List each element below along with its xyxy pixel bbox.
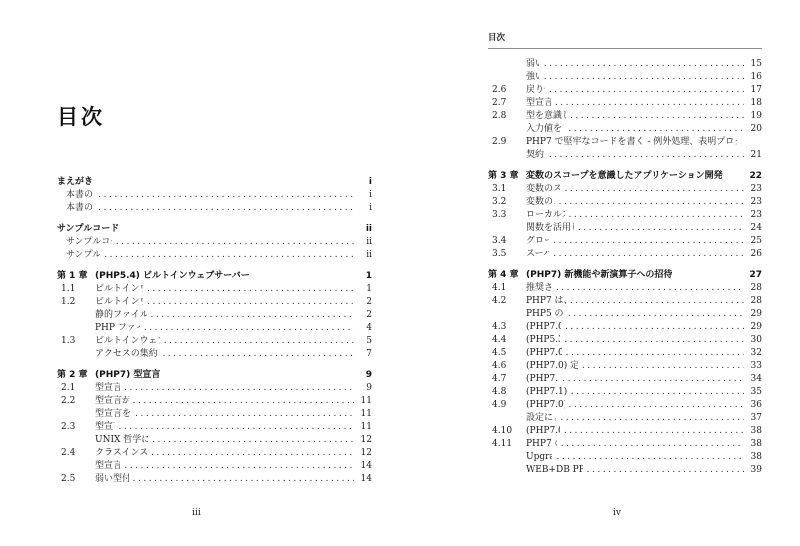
dot-leader: ........................................… <box>160 335 354 348</box>
toc-entry-label: 関数を活用して、長く生存する変数を減らそう <box>526 222 574 235</box>
dot-leader: ........................................… <box>94 202 354 215</box>
toc-entry: 静的ファイル (画像) にアクセスしてみる...................… <box>95 309 372 322</box>
toc-entry: 4.6(PHP7.0) 定数配列 & (PHP7.1) 定数のアクセス権....… <box>488 360 762 373</box>
toc-entry-label: 戻り値の型宣言 <box>526 84 545 97</box>
toc-entry-number: 4.1 <box>492 282 526 295</box>
toc-entry-page: ii <box>354 223 372 236</box>
toc-entry-label: 型宣言のサンプル <box>95 382 120 395</box>
toc-entry-label: グローバルスコープ <box>526 235 549 248</box>
toc-entry-number: 第 4 章 <box>488 269 526 282</box>
toc-entry: PHP ファイルにアクセスしてみる.......................… <box>95 322 372 335</box>
toc-entry-label: 型宣言が必要である理由 <box>95 395 129 408</box>
toc-entry-label: 静的ファイル (画像) にアクセスしてみる <box>95 309 147 322</box>
toc-entry-page: 14 <box>354 460 372 473</box>
toc-entry-page: 20 <box>744 123 762 136</box>
dot-leader: ........................................… <box>143 283 354 296</box>
toc-entry-number: 2.1 <box>61 382 95 395</box>
toc-entry-page: 34 <box>744 373 762 386</box>
toc-entry-number: 4.7 <box>492 373 526 386</box>
toc-entry-number: 第 1 章 <box>57 270 95 283</box>
toc-entry-number: 3.4 <box>492 235 526 248</box>
toc-entry-page: 2 <box>354 309 372 322</box>
toc-entry: PHP5 の次は、なぜ PHP7 なのか....................… <box>526 308 762 321</box>
toc-entry-page: 19 <box>744 110 762 123</box>
toc-entry-label: 本書のコンセプト <box>66 189 94 202</box>
toc-entry-number: 2.2 <box>61 395 95 408</box>
toc-entry-label: 弱い型付け <box>526 58 540 71</box>
toc-entry: 本書のターゲット................................… <box>66 202 372 215</box>
toc-entry-number: 2.6 <box>492 84 526 97</box>
toc-entry: 4.8(PHP7.1) 使いやすくなった list 代入............… <box>488 386 762 399</box>
toc-entry-page: 18 <box>744 97 762 110</box>
running-header: 目次 <box>488 31 762 49</box>
toc-entry-label: 変数のスコープを意識したアプリケーション開発 <box>526 170 723 183</box>
dot-leader: ........................................… <box>120 382 354 395</box>
toc-entry-label: 型を意識した PHP アプリケーション <box>526 110 566 123</box>
toc-entry: 第 3 章変数のスコープを意識したアプリケーション開発22 <box>488 170 762 183</box>
toc-entry-page: 17 <box>744 84 762 97</box>
toc-entry-label: スーパーグローバル <box>526 248 549 261</box>
toc-entry-label: Upgrading to PHP 7 <box>526 451 552 464</box>
toc-entry: 4.3(PHP7.0)Null 合体演算子 (??)..............… <box>488 321 762 334</box>
toc-entry-label: サンプルコード <box>57 223 119 236</box>
dot-leader: ........................................… <box>115 421 354 434</box>
toc-entry: 1.2ビルトインウェブサーバーの基本文法....................… <box>57 296 372 309</box>
toc-page-left: 目次 まえがきi本書のコンセプト........................… <box>57 0 372 546</box>
toc-entry-number: 4.10 <box>492 425 526 438</box>
dot-leader: ........................................… <box>540 58 744 71</box>
dot-leader: ........................................… <box>129 473 354 486</box>
toc-entry-page: 25 <box>744 235 762 248</box>
toc-entry-page: 38 <box>744 438 762 451</box>
toc-entry-page: 1 <box>354 283 372 296</box>
dot-leader: ........................................… <box>158 348 354 361</box>
toc-entry-label: まえがき <box>57 176 93 189</box>
dot-leader: ........................................… <box>129 395 354 408</box>
toc-entry-number: 2.4 <box>61 447 95 460</box>
toc-entry-number: 3.2 <box>492 196 526 209</box>
toc-entry-number: 4.4 <box>492 334 526 347</box>
toc-entry-number: 3.1 <box>492 183 526 196</box>
toc-entry-page: 2 <box>354 296 372 309</box>
toc-entry-page: 35 <box>744 386 762 399</box>
toc-entry-number: 1.3 <box>61 335 95 348</box>
toc-entry-label: (PHP7) 新機能や新演算子への招待 <box>526 269 672 282</box>
toc-entry-page: 1 <box>354 270 372 283</box>
toc-entry-label: (PHP7.0)Null 合体演算子 (??) <box>526 321 561 334</box>
dot-leader: ........................................… <box>545 149 744 162</box>
toc-entry-page: 32 <box>744 347 762 360</box>
toc-entry: 2.7型宣言の TypeError.......................… <box>488 97 762 110</box>
toc-entry-page: 24 <box>744 222 762 235</box>
toc-entry: 3.4グローバルスコープ............................… <box>488 235 762 248</box>
toc-entry: WEB+DB PRESS Vol.90 第 11 回 PHP 大規模開発入門..… <box>526 464 762 477</box>
toc-entry: 1.3ビルトインウェブサーバーで学ぶルーティングエンジン............… <box>57 335 372 348</box>
dot-leader: ........................................… <box>578 360 744 373</box>
toc-entry-page: 30 <box>744 334 762 347</box>
dot-leader: ........................................… <box>147 309 354 322</box>
toc-entry: 4.5(PHP7.0) 宇宙船演算子 (<=>)................… <box>488 347 762 360</box>
dot-leader: ........................................… <box>148 434 354 447</box>
toc-entry: Upgrading to PHP 7......................… <box>526 451 762 464</box>
dot-leader: ........................................… <box>555 196 744 209</box>
toc-entry-number: 4.9 <box>492 399 526 412</box>
dot-leader: ........................................… <box>557 438 744 451</box>
toc-entry-label: 推奨されなくなる機能 <box>526 282 552 295</box>
toc-entry: 第 1 章(PHP5.4) ビルトインウェブサーバー1 <box>57 270 372 283</box>
toc-entry-page: ii <box>354 236 372 249</box>
toc-entry: 2.4クラスインスタンスや NULL 値への適用................… <box>57 447 372 460</box>
toc-entry-label: 型宣言ヒストリー <box>95 460 120 473</box>
toc-entry-number: 2.5 <box>61 473 95 486</box>
toc-entry-label: (PHP5.4) ビルトインウェブサーバー <box>95 270 250 283</box>
dot-leader: ........................................… <box>549 248 744 261</box>
page-number-left: iii <box>39 508 354 518</box>
toc-entry: 4.10(PHP7.0)Error クラスの追加................… <box>488 425 762 438</box>
toc-entry-page: 38 <box>744 451 762 464</box>
toc-entry: 3.2変数のスコープは 3 種類........................… <box>488 196 762 209</box>
toc-entry: UNIX 哲学に学ぶプログラミングスタイル...................… <box>95 434 372 447</box>
toc-entry: 2.5弱い型付けと強い型付け..........................… <box>57 473 372 486</box>
toc-entry: 2.3型宣言の特徴...............................… <box>57 421 372 434</box>
toc-entry-number: 4.6 <box>492 360 526 373</box>
toc-entry-page: 23 <box>744 196 762 209</box>
dot-leader: ........................................… <box>564 308 744 321</box>
toc-entry-number: 4.11 <box>492 438 526 451</box>
toc-entries-left: まえがきi本書のコンセプト...........................… <box>57 176 372 486</box>
toc-entry: 4.9(PHP7.0)assert による簡易テスト..............… <box>488 399 762 412</box>
dot-leader: ........................................… <box>562 347 744 360</box>
toc-entry-label: サンプルコードの起動 <box>66 249 100 262</box>
toc-entry-page: ii <box>354 249 372 262</box>
page-number-right: iv <box>480 508 754 518</box>
toc-entry: 4.11PHP7 の情報を得るには？......................… <box>488 438 762 451</box>
toc-entry-label: クラスインスタンスや NULL 値への適用 <box>95 447 147 460</box>
toc-entry-page: 16 <box>744 71 762 84</box>
toc-entry-page: 22 <box>744 170 762 183</box>
toc-entry: 2.6戻り値の型宣言..............................… <box>488 84 762 97</box>
toc-entry-number: 2.8 <box>492 110 526 123</box>
toc-entry: 4.4(PHP5.3) エルビス演算子 (?:)................… <box>488 334 762 347</box>
dot-leader: ........................................… <box>560 183 744 196</box>
toc-entry-label: 型宣言の TypeError <box>526 97 551 110</box>
toc-entry-page: i <box>354 189 372 202</box>
toc-entry: サンプルコードのダウンロード..........................… <box>66 236 372 249</box>
toc-entry: 入力値をフィルターして型を合せる........................… <box>526 123 762 136</box>
toc-entry-page: 5 <box>354 335 372 348</box>
toc-entries-right: 弱い型付け...................................… <box>488 58 762 477</box>
toc-entry-label: (PHP7.0)Error クラスの追加 <box>526 425 560 438</box>
toc-entry-number: 3.5 <box>492 248 526 261</box>
toc-entry-page: 11 <box>354 408 372 421</box>
dot-leader: ........................................… <box>540 71 744 84</box>
dot-leader: ........................................… <box>100 249 354 262</box>
dot-leader: ........................................… <box>565 399 744 412</box>
dot-leader: ........................................… <box>551 97 744 110</box>
toc-entry-label: 型宣言を導入するメリット <box>95 408 131 421</box>
toc-entry-page: 11 <box>354 395 372 408</box>
toc-entry-number: 第 3 章 <box>488 170 526 183</box>
toc-entry-label: WEB+DB PRESS Vol.90 第 11 回 PHP 大規模開発入門 <box>526 464 583 477</box>
toc-entry: 3.5スーパーグローバル............................… <box>488 248 762 261</box>
toc-entry-page: 29 <box>744 321 762 334</box>
toc-entry-number: 1.1 <box>61 283 95 296</box>
toc-entry-label: ローカルスコープ (関数内スコープ) <box>526 209 565 222</box>
toc-entry-page: 26 <box>744 248 762 261</box>
toc-entry: 設定による動作の切り替え............................… <box>526 412 762 425</box>
toc-entry-label: (PHP7.0) 無名クラスの活用 <box>526 373 558 386</box>
toc-entry-label: PHP5 の次は、なぜ PHP7 なのか <box>526 308 564 321</box>
toc-entry: 強い型付け...................................… <box>526 71 762 84</box>
dot-leader: ........................................… <box>583 464 744 477</box>
toc-entry: 弱い型付け...................................… <box>526 58 762 71</box>
toc-entry-page: 28 <box>744 295 762 308</box>
toc-entry-number: 2.3 <box>61 421 95 434</box>
toc-entry-label: PHP7 の情報を得るには？ <box>526 438 557 451</box>
toc-entry-number: 4.8 <box>492 386 526 399</box>
dot-leader: ........................................… <box>131 408 354 421</box>
toc-entry-page: 38 <box>744 425 762 438</box>
toc-entry-page: 29 <box>744 308 762 321</box>
toc-entry-page: 37 <box>744 412 762 425</box>
toc-entry-label: 変数のスコープを限定したい！ <box>526 183 560 196</box>
toc-entry-page: i <box>354 176 372 189</box>
toc-entry-page: 9 <box>354 369 372 382</box>
dot-leader: ........................................… <box>112 236 354 249</box>
toc-entry: 2.1型宣言のサンプル.............................… <box>57 382 372 395</box>
dot-leader: ........................................… <box>558 373 744 386</box>
toc-entry-number: 第 2 章 <box>57 369 95 382</box>
toc-entry-label: 契約による設計 <box>526 149 545 162</box>
toc-entry-label: (PHP7.1) 使いやすくなった list 代入 <box>526 386 567 399</box>
dot-leader: ........................................… <box>565 209 745 222</box>
toc-entry-number: 1.2 <box>61 296 95 309</box>
running-header-title: 目次 <box>488 33 505 43</box>
toc-entry-page: 12 <box>354 434 372 447</box>
toc-entry: 3.1変数のスコープを限定したい！.......................… <box>488 183 762 196</box>
toc-entry: 第 2 章(PHP7) 型宣言9 <box>57 369 372 382</box>
dot-leader: ........................................… <box>556 412 744 425</box>
toc-entry: サンプルコードii <box>57 223 372 236</box>
toc-entry-number: 3.3 <box>492 209 526 222</box>
toc-entry-label: PHP ファイルにアクセスしてみる <box>95 322 140 335</box>
toc-entry-page: 14 <box>354 473 372 486</box>
toc-entry: 関数を活用して、長く生存する変数を減らそう...................… <box>526 222 762 235</box>
toc-entry-label: 型宣言の特徴 <box>95 421 115 434</box>
toc-entry-page: 7 <box>354 348 372 361</box>
toc-entry-label: ビルトインウェブサーバーのメリット <box>95 283 143 296</box>
dot-leader: ........................................… <box>566 110 744 123</box>
toc-entry: アクセスの集約を WEB サーバーの設定で書いてみる..............… <box>95 348 372 361</box>
dot-leader: ........................................… <box>140 322 354 335</box>
toc-entry-label: (PHP7.0) 宇宙船演算子 (<=>) <box>526 347 562 360</box>
toc-entry-page: 4 <box>354 322 372 335</box>
toc-entry-label: 変数のスコープは 3 種類 <box>526 196 555 209</box>
toc-entry-label: (PHP7.0) 定数配列 & (PHP7.1) 定数のアクセス権 <box>526 360 578 373</box>
dot-leader: ........................................… <box>552 451 744 464</box>
toc-entry: まえがきi <box>57 176 372 189</box>
toc-entry-number: 2.9 <box>492 136 526 149</box>
toc-entry-number: 4.2 <box>492 295 526 308</box>
toc-entry: 2.9PHP7 で堅牢なコードを書く - 例外処理、表明プログラミング、 <box>488 136 762 149</box>
page-title: 目次 <box>57 101 105 131</box>
toc-entry: 契約による設計.................................… <box>526 149 762 162</box>
toc-entry: 4.2PHP7 は、なぜ PHP5 より速いのか................… <box>488 295 762 308</box>
toc-entry-page: 15 <box>744 58 762 71</box>
toc-entry: 本書のコンセプト................................… <box>66 189 372 202</box>
toc-entry-number: 4.5 <box>492 347 526 360</box>
toc-entry-page: 23 <box>744 209 762 222</box>
toc-entry-label: (PHP5.3) エルビス演算子 (?:) <box>526 334 560 347</box>
dot-leader: ........................................… <box>574 222 744 235</box>
toc-entry-label: ビルトインウェブサーバーの基本文法 <box>95 296 143 309</box>
dot-leader: ........................................… <box>94 189 354 202</box>
toc-entry: 2.2型宣言が必要である理由..........................… <box>57 395 372 408</box>
toc-entry: 1.1ビルトインウェブサーバーのメリット....................… <box>57 283 372 296</box>
toc-entry-page: 23 <box>744 183 762 196</box>
toc-entry-page: i <box>354 202 372 215</box>
dot-leader: ........................................… <box>566 295 744 308</box>
dot-leader: ........................................… <box>147 447 354 460</box>
toc-entry-label: 設定による動作の切り替え <box>526 412 556 425</box>
dot-leader: ........................................… <box>564 123 744 136</box>
dot-leader: ........................................… <box>560 334 744 347</box>
toc-entry-number: 2.7 <box>492 97 526 110</box>
toc-entry-label: ビルトインウェブサーバーで学ぶルーティングエンジン <box>95 335 160 348</box>
toc-entry-label: サンプルコードのダウンロード <box>66 236 112 249</box>
toc-entry-page: 9 <box>354 382 372 395</box>
toc-entry-page: 33 <box>744 360 762 373</box>
toc-entry: 4.7(PHP7.0) 無名クラスの活用....................… <box>488 373 762 386</box>
toc-entry-label: PHP7 で堅牢なコードを書く - 例外処理、表明プログラミング、 <box>526 136 737 149</box>
toc-entry-page: 39 <box>744 464 762 477</box>
toc-entry-label: UNIX 哲学に学ぶプログラミングスタイル <box>95 434 148 447</box>
toc-entry: 2.8型を意識した PHP アプリケーション..................… <box>488 110 762 123</box>
toc-entry-page: 21 <box>744 149 762 162</box>
toc-entry-page: 36 <box>744 399 762 412</box>
dot-leader: ........................................… <box>549 235 744 248</box>
dot-leader: ........................................… <box>552 282 744 295</box>
dot-leader: ........................................… <box>560 425 744 438</box>
toc-entry-page: 12 <box>354 447 372 460</box>
dot-leader: ........................................… <box>567 386 744 399</box>
toc-entry: 3.3ローカルスコープ (関数内スコープ)...................… <box>488 209 762 222</box>
toc-entry-label: アクセスの集約を WEB サーバーの設定で書いてみる <box>95 348 158 361</box>
toc-entry-label: 本書のターゲット <box>66 202 94 215</box>
dot-leader: ........................................… <box>561 321 744 334</box>
toc-entry-label: 入力値をフィルターして型を合せる <box>526 123 564 136</box>
toc-entry-label: PHP7 は、なぜ PHP5 より速いのか <box>526 295 566 308</box>
toc-page-right: 目次 弱い型付け................................… <box>488 0 762 546</box>
toc-entry: サンプルコードの起動..............................… <box>66 249 372 262</box>
toc-entry: 型宣言ヒストリー................................… <box>95 460 372 473</box>
toc-entry-label: 弱い型付けと強い型付け <box>95 473 129 486</box>
toc-entry-page: 11 <box>354 421 372 434</box>
dot-leader: ........................................… <box>143 296 354 309</box>
toc-entry-label: 強い型付け <box>526 71 540 84</box>
toc-entry: 型宣言を導入するメリット............................… <box>95 408 372 421</box>
toc-entry-page: 27 <box>744 269 762 282</box>
dot-leader: ........................................… <box>545 84 744 97</box>
toc-entry-number: 4.3 <box>492 321 526 334</box>
dot-leader: ........................................… <box>120 460 354 473</box>
toc-entry: 第 4 章(PHP7) 新機能や新演算子への招待27 <box>488 269 762 282</box>
toc-entry-label: (PHP7.0)assert による簡易テスト <box>526 399 565 412</box>
toc-entry: 4.1推奨されなくなる機能...........................… <box>488 282 762 295</box>
toc-entry-label: (PHP7) 型宣言 <box>95 369 160 382</box>
toc-entry-page: 28 <box>744 282 762 295</box>
